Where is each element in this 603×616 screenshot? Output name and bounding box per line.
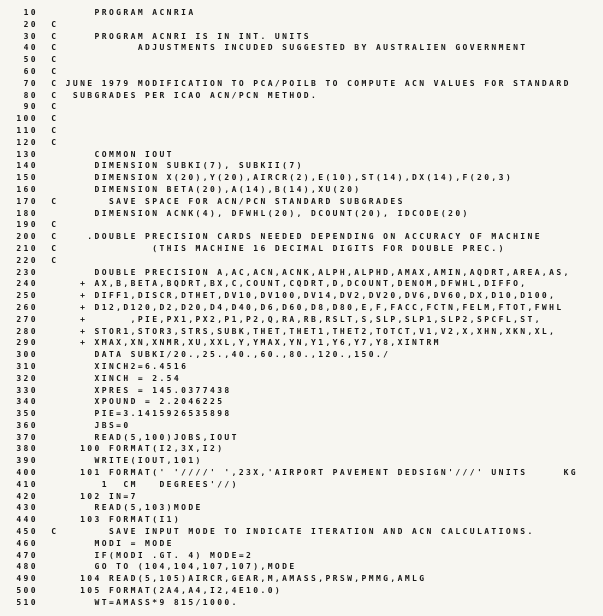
- code-line: 150 DIMENSION X(20),Y(20),AIRCR(2),E(10)…: [0, 172, 603, 184]
- line-number: 170: [8, 196, 38, 208]
- line-number: 220: [8, 255, 38, 267]
- code-text: C: [44, 219, 58, 231]
- line-number: 330: [8, 385, 38, 397]
- line-number: 90: [8, 101, 38, 113]
- line-number: 500: [8, 585, 38, 597]
- code-text: C SUBGRADES PER ICAO ACN/PCN METHOD.: [44, 90, 318, 102]
- line-number: 120: [8, 137, 38, 149]
- code-line: 10 PROGRAM ACNRIA: [0, 7, 603, 19]
- line-number: 10: [8, 7, 38, 19]
- code-text: DIMENSION SUBKI(7), SUBKII(7): [44, 160, 304, 172]
- code-text: XINCH = 2.54: [44, 373, 181, 385]
- line-number: 190: [8, 219, 38, 231]
- code-text: C (THIS MACHINE 16 DECIMAL DIGITS FOR DO…: [44, 243, 506, 255]
- code-text: 101 FORMAT(' '////' ',23X,'AIRPORT PAVEM…: [44, 467, 578, 479]
- code-line: 40 C ADJUSTMENTS INCUDED SUGGESTED BY AU…: [0, 42, 603, 54]
- code-text: + DIFF1,DISCR,DTHET,DV10,DV100,DV14,DV2,…: [44, 290, 556, 302]
- code-text: C SAVE SPACE FOR ACN/PCN STANDARD SUBGRA…: [44, 196, 405, 208]
- code-text: WRITE(IOUT,101): [44, 455, 203, 467]
- program-listing-page: 10 PROGRAM ACNRIA20 C30 C PROGRAM ACNRI …: [0, 0, 603, 616]
- code-line: 310 XINCH2=6.4516: [0, 361, 603, 373]
- code-line: 450 C SAVE INPUT MODE TO INDICATE ITERAT…: [0, 526, 603, 538]
- code-line: 380 100 FORMAT(I2,3X,I2): [0, 443, 603, 455]
- code-line: 290 + XMAX,XN,XNMR,XU,XXL,Y,YMAX,YN,Y1,Y…: [0, 337, 603, 349]
- code-line: 390 WRITE(IOUT,101): [0, 455, 603, 467]
- code-text: + STOR1,STOR3,STRS,SUBK,THET,THET1,THET2…: [44, 326, 556, 338]
- code-line: 270 + ,PIE,PX1,PX2,P1,P2,Q,RA,RB,RSLT,S,…: [0, 314, 603, 326]
- code-text: DATA SUBKI/20.,25.,40.,60.,80.,120.,150.…: [44, 349, 390, 361]
- line-number: 150: [8, 172, 38, 184]
- code-text: 102 IN=7: [44, 491, 138, 503]
- code-text: MODI = MODE: [44, 538, 174, 550]
- code-line: 430 READ(5,103)MODE: [0, 502, 603, 514]
- code-text: READ(5,100)JOBS,IOUT: [44, 432, 239, 444]
- code-text: C: [44, 101, 58, 113]
- code-line: 350 PIE=3.1415926535898: [0, 408, 603, 420]
- code-text: 105 FORMAT(2A4,A4,I2,4E10.0): [44, 585, 282, 597]
- line-number: 160: [8, 184, 38, 196]
- code-text: + AX,B,BETA,BQDRT,BX,C,COUNT,CQDRT,D,DCO…: [44, 278, 528, 290]
- line-number: 40: [8, 42, 38, 54]
- code-line: 480 GO TO (104,104,107,107),MODE: [0, 561, 603, 573]
- code-line: 70 C JUNE 1979 MODIFICATION TO PCA/POILB…: [0, 78, 603, 90]
- code-text: C PROGRAM ACNRI IS IN INT. UNITS: [44, 31, 311, 43]
- code-listing: 10 PROGRAM ACNRIA20 C30 C PROGRAM ACNRI …: [0, 7, 603, 609]
- code-text: JBS=0: [44, 420, 131, 432]
- code-line: 300 DATA SUBKI/20.,25.,40.,60.,80.,120.,…: [0, 349, 603, 361]
- line-number: 290: [8, 337, 38, 349]
- line-number: 420: [8, 491, 38, 503]
- code-line: 180 DIMENSION ACNK(4), DFWHL(20), DCOUNT…: [0, 208, 603, 220]
- line-number: 360: [8, 420, 38, 432]
- line-number: 140: [8, 160, 38, 172]
- code-text: + XMAX,XN,XNMR,XU,XXL,Y,YMAX,YN,Y1,Y6,Y7…: [44, 337, 441, 349]
- line-number: 50: [8, 54, 38, 66]
- code-text: GO TO (104,104,107,107),MODE: [44, 561, 297, 573]
- code-text: C SAVE INPUT MODE TO INDICATE ITERATION …: [44, 526, 535, 538]
- line-number: 430: [8, 502, 38, 514]
- code-line: 330 XPRES = 145.0377438: [0, 385, 603, 397]
- line-number: 460: [8, 538, 38, 550]
- code-text: DIMENSION BETA(20),A(14),B(14),XU(20): [44, 184, 362, 196]
- line-number: 260: [8, 302, 38, 314]
- line-number: 60: [8, 66, 38, 78]
- code-line: 370 READ(5,100)JOBS,IOUT: [0, 432, 603, 444]
- code-line: 280 + STOR1,STOR3,STRS,SUBK,THET,THET1,T…: [0, 326, 603, 338]
- line-number: 450: [8, 526, 38, 538]
- code-text: IF(MODI .GT. 4) MODE=2: [44, 550, 253, 562]
- code-line: 490 104 READ(5,105)AIRCR,GEAR,M,AMASS,PR…: [0, 573, 603, 585]
- code-text: XPRES = 145.0377438: [44, 385, 232, 397]
- code-text: C: [44, 255, 58, 267]
- line-number: 310: [8, 361, 38, 373]
- line-number: 80: [8, 90, 38, 102]
- line-number: 410: [8, 479, 38, 491]
- code-line: 140 DIMENSION SUBKI(7), SUBKII(7): [0, 160, 603, 172]
- code-line: 410 1 CM DEGREES'//): [0, 479, 603, 491]
- code-text: C: [44, 125, 58, 137]
- code-line: 440 103 FORMAT(I1): [0, 514, 603, 526]
- line-number: 240: [8, 278, 38, 290]
- line-number: 200: [8, 231, 38, 243]
- line-number: 130: [8, 149, 38, 161]
- code-line: 170 C SAVE SPACE FOR ACN/PCN STANDARD SU…: [0, 196, 603, 208]
- code-text: DOUBLE PRECISION A,AC,ACN,ACNK,ALPH,ALPH…: [44, 267, 571, 279]
- line-number: 320: [8, 373, 38, 385]
- line-number: 490: [8, 573, 38, 585]
- code-text: C: [44, 137, 58, 149]
- code-line: 190 C: [0, 219, 603, 231]
- line-number: 390: [8, 455, 38, 467]
- code-text: C JUNE 1979 MODIFICATION TO PCA/POILB TO…: [44, 78, 571, 90]
- code-text: PIE=3.1415926535898: [44, 408, 232, 420]
- line-number: 470: [8, 550, 38, 562]
- code-line: 30 C PROGRAM ACNRI IS IN INT. UNITS: [0, 31, 603, 43]
- line-number: 440: [8, 514, 38, 526]
- code-text: WT=AMASS*9 815/1000.: [44, 597, 239, 609]
- code-line: 60 C: [0, 66, 603, 78]
- code-line: 320 XINCH = 2.54: [0, 373, 603, 385]
- line-number: 20: [8, 19, 38, 31]
- line-number: 280: [8, 326, 38, 338]
- line-number: 210: [8, 243, 38, 255]
- code-text: DIMENSION X(20),Y(20),AIRCR(2),E(10),ST(…: [44, 172, 513, 184]
- line-number: 340: [8, 396, 38, 408]
- code-text: PROGRAM ACNRIA: [44, 7, 196, 19]
- code-line: 470 IF(MODI .GT. 4) MODE=2: [0, 550, 603, 562]
- code-line: 50 C: [0, 54, 603, 66]
- code-text: 100 FORMAT(I2,3X,I2): [44, 443, 224, 455]
- line-number: 510: [8, 597, 38, 609]
- line-number: 370: [8, 432, 38, 444]
- code-text: 104 READ(5,105)AIRCR,GEAR,M,AMASS,PRSW,P…: [44, 573, 426, 585]
- code-line: 250 + DIFF1,DISCR,DTHET,DV10,DV100,DV14,…: [0, 290, 603, 302]
- line-number: 350: [8, 408, 38, 420]
- code-text: XPOUND = 2.2046225: [44, 396, 224, 408]
- code-line: 90 C: [0, 101, 603, 113]
- code-line: 200 C .DOUBLE PRECISION CARDS NEEDED DEP…: [0, 231, 603, 243]
- code-line: 80 C SUBGRADES PER ICAO ACN/PCN METHOD.: [0, 90, 603, 102]
- code-line: 340 XPOUND = 2.2046225: [0, 396, 603, 408]
- code-text: C ADJUSTMENTS INCUDED SUGGESTED BY AUSTR…: [44, 42, 528, 54]
- line-number: 30: [8, 31, 38, 43]
- code-line: 210 C (THIS MACHINE 16 DECIMAL DIGITS FO…: [0, 243, 603, 255]
- code-text: C: [44, 54, 58, 66]
- code-text: C: [44, 113, 58, 125]
- code-line: 460 MODI = MODE: [0, 538, 603, 550]
- code-text: DIMENSION ACNK(4), DFWHL(20), DCOUNT(20)…: [44, 208, 470, 220]
- line-number: 180: [8, 208, 38, 220]
- line-number: 380: [8, 443, 38, 455]
- code-text: COMMON IOUT: [44, 149, 174, 161]
- line-number: 480: [8, 561, 38, 573]
- code-line: 420 102 IN=7: [0, 491, 603, 503]
- code-line: 240 + AX,B,BETA,BQDRT,BX,C,COUNT,CQDRT,D…: [0, 278, 603, 290]
- code-line: 220 C: [0, 255, 603, 267]
- code-line: 130 COMMON IOUT: [0, 149, 603, 161]
- code-line: 360 JBS=0: [0, 420, 603, 432]
- line-number: 270: [8, 314, 38, 326]
- line-number: 250: [8, 290, 38, 302]
- code-line: 400 101 FORMAT(' '////' ',23X,'AIRPORT P…: [0, 467, 603, 479]
- code-line: 100 C: [0, 113, 603, 125]
- line-number: 110: [8, 125, 38, 137]
- line-number: 100: [8, 113, 38, 125]
- code-line: 20 C: [0, 19, 603, 31]
- code-line: 160 DIMENSION BETA(20),A(14),B(14),XU(20…: [0, 184, 603, 196]
- code-text: + D12,D120,D2,D20,D4,D40,D6,D60,D8,D80,E…: [44, 302, 564, 314]
- code-text: READ(5,103)MODE: [44, 502, 203, 514]
- line-number: 230: [8, 267, 38, 279]
- code-text: + ,PIE,PX1,PX2,P1,P2,Q,RA,RB,RSLT,S,SLP,…: [44, 314, 542, 326]
- code-text: C: [44, 66, 58, 78]
- code-text: C: [44, 19, 58, 31]
- line-number: 300: [8, 349, 38, 361]
- code-line: 230 DOUBLE PRECISION A,AC,ACN,ACNK,ALPH,…: [0, 267, 603, 279]
- code-line: 120 C: [0, 137, 603, 149]
- line-number: 70: [8, 78, 38, 90]
- code-text: C .DOUBLE PRECISION CARDS NEEDED DEPENDI…: [44, 231, 542, 243]
- code-line: 110 C: [0, 125, 603, 137]
- code-text: 103 FORMAT(I1): [44, 514, 181, 526]
- line-number: 400: [8, 467, 38, 479]
- code-line: 500 105 FORMAT(2A4,A4,I2,4E10.0): [0, 585, 603, 597]
- code-text: XINCH2=6.4516: [44, 361, 188, 373]
- code-line: 260 + D12,D120,D2,D20,D4,D40,D6,D60,D8,D…: [0, 302, 603, 314]
- code-line: 510 WT=AMASS*9 815/1000.: [0, 597, 603, 609]
- code-text: 1 CM DEGREES'//): [44, 479, 239, 491]
